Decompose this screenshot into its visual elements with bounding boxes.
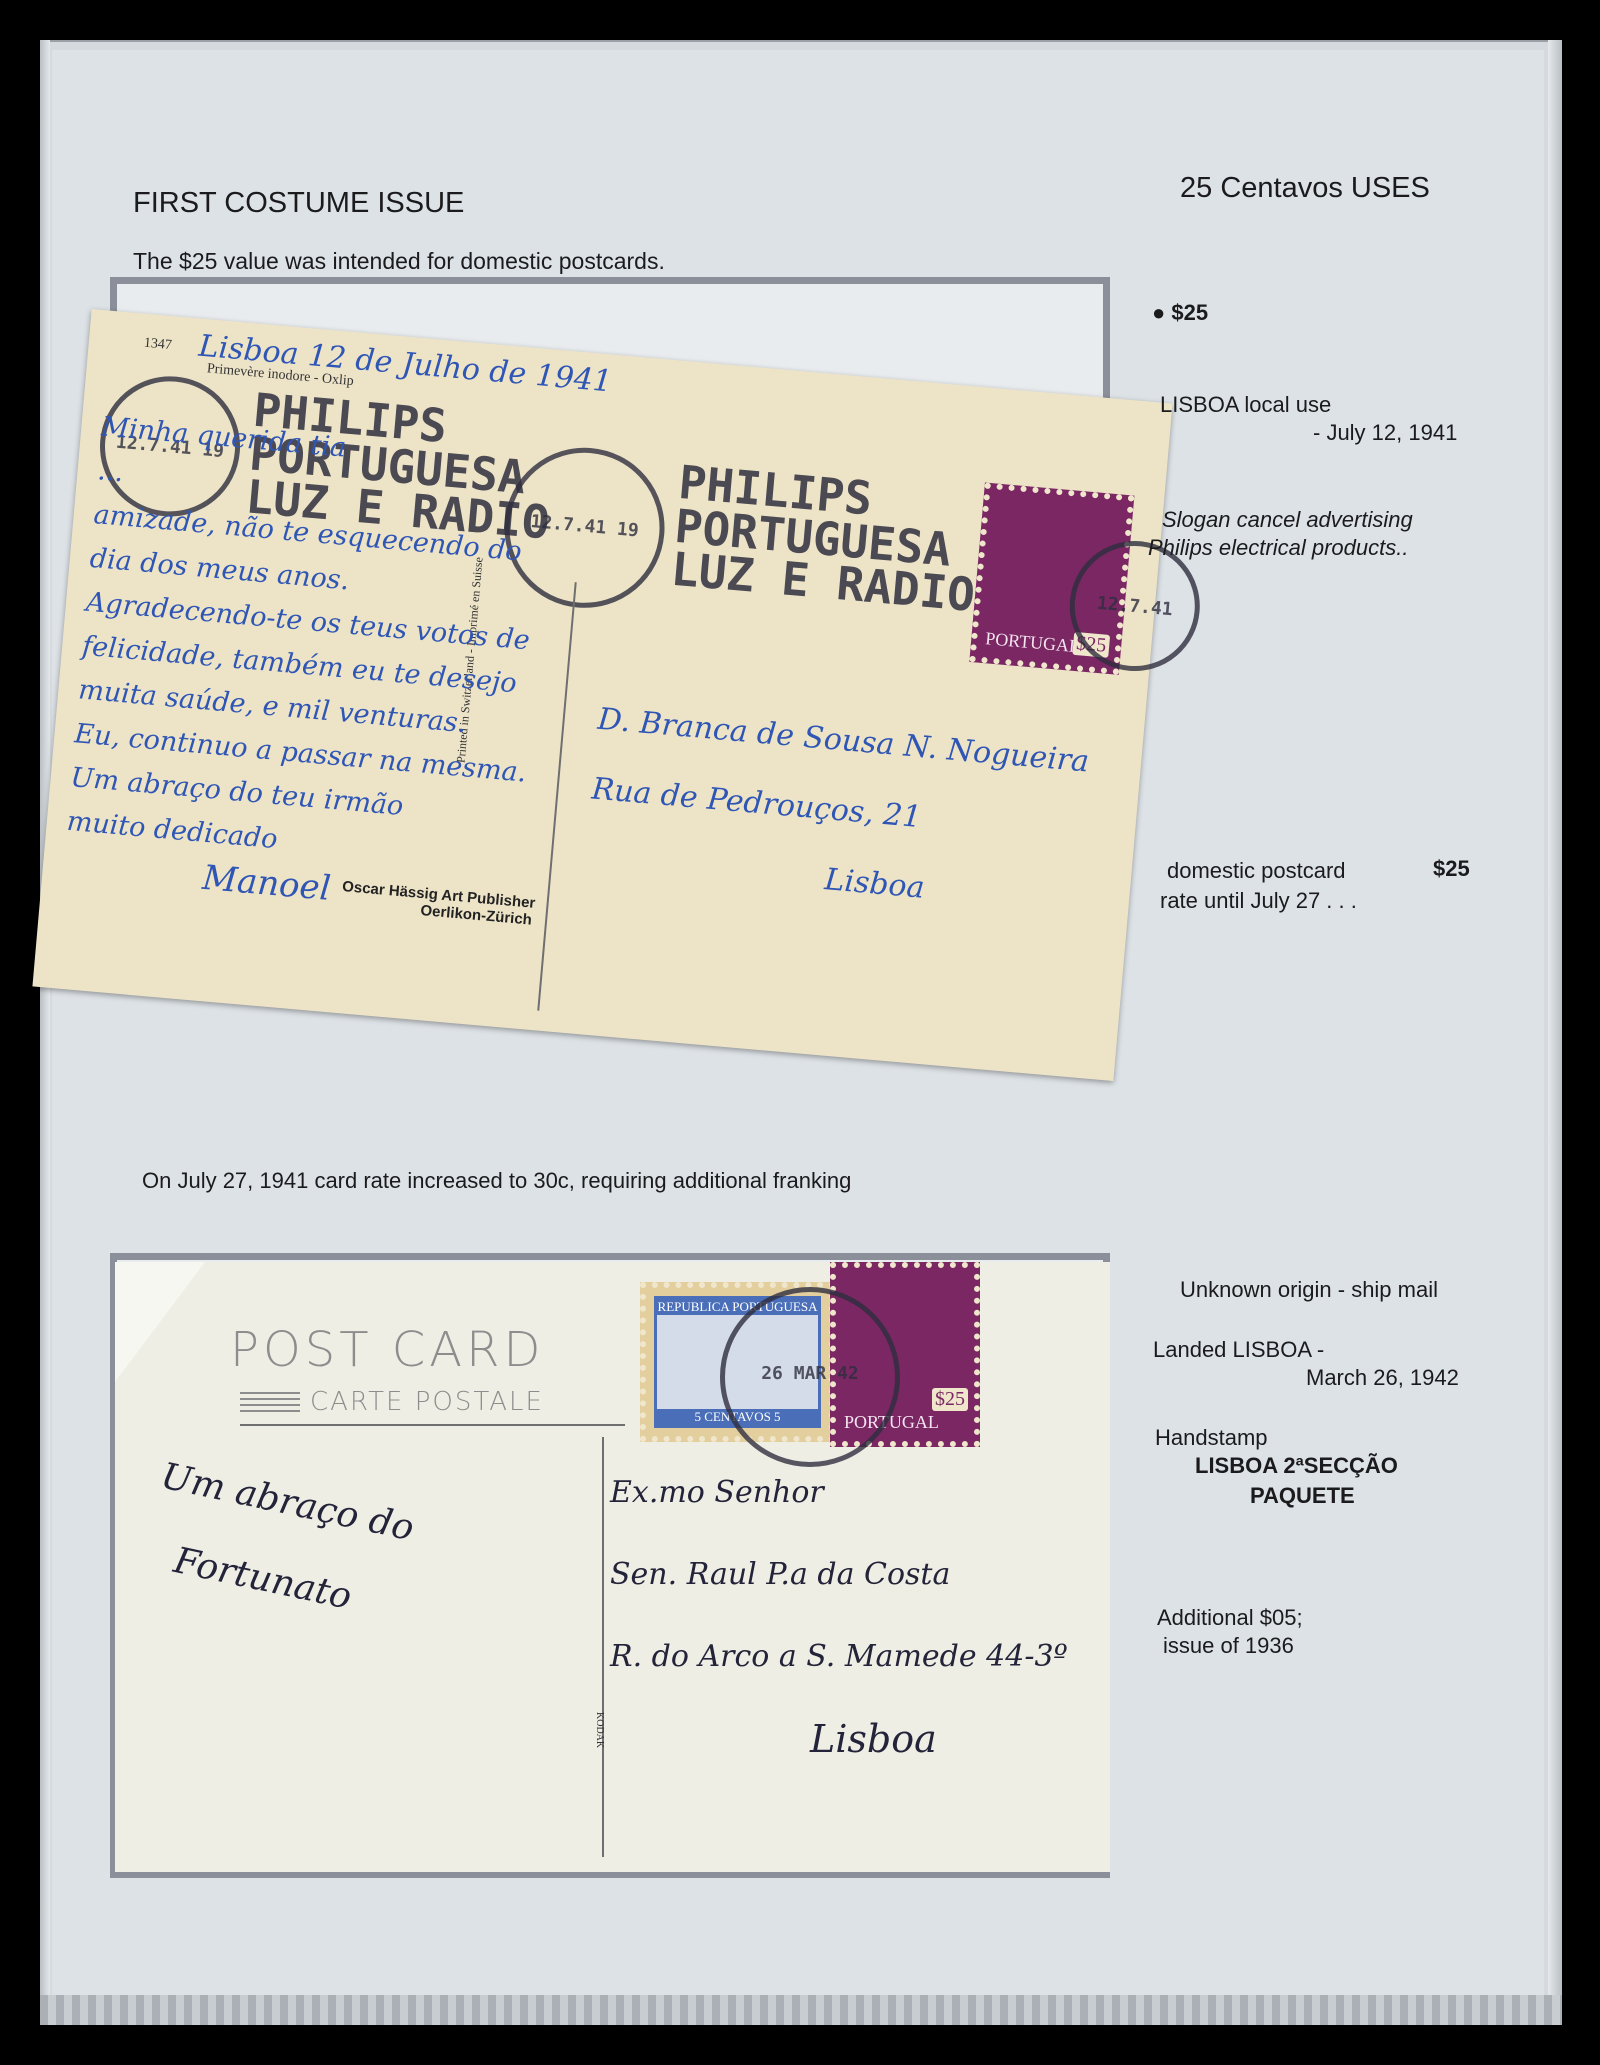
mid-caption: On July 27, 1941 card rate increased to … bbox=[142, 1168, 851, 1194]
note-landed-2: March 26, 1942 bbox=[1306, 1365, 1459, 1391]
note-additional-2: issue of 1936 bbox=[1163, 1633, 1294, 1659]
kodak-mark: KODAK bbox=[594, 1712, 605, 1748]
note-additional-1: Additional $05; bbox=[1157, 1605, 1303, 1631]
post-card-heading: POST CARD bbox=[230, 1322, 544, 1378]
intro-text: The $25 value was intended for domestic … bbox=[133, 248, 665, 275]
heading-underline bbox=[240, 1424, 625, 1426]
note-rate-1: domestic postcard bbox=[1167, 858, 1346, 884]
postmark-paquete: 26 MAR 42 bbox=[720, 1287, 900, 1467]
postcard-ship-mail: POST CARD CARTE POSTALE KODAK REPUBLICA … bbox=[115, 1262, 1110, 1872]
heading-lines bbox=[240, 1392, 300, 1412]
postcard-philips: 1347 Primevère inodore - Oxlip Lisboa 12… bbox=[32, 309, 1172, 1081]
handwritten-address: D. Branca de Sousa N. Nogueira Rua de Pe… bbox=[583, 685, 1092, 937]
note-slogan-1: Slogan cancel advertising bbox=[1162, 507, 1413, 533]
note-origin: Unknown origin - ship mail bbox=[1180, 1277, 1438, 1303]
note-handstamp-1: LISBOA 2ªSECÇÃO bbox=[1195, 1453, 1398, 1479]
note-slogan-2: Philips electrical products.. bbox=[1148, 535, 1408, 561]
carte-postale-heading: CARTE POSTALE bbox=[310, 1387, 544, 1417]
note-handstamp-label: Handstamp bbox=[1155, 1425, 1268, 1451]
note-use-date: - July 12, 1941 bbox=[1313, 420, 1457, 446]
handwritten-message: Minha querida tia ... amizade, não te es… bbox=[61, 405, 555, 927]
card-corner-fold bbox=[115, 1262, 205, 1382]
card-divider bbox=[537, 582, 576, 1011]
page-subtitle: 25 Centavos USES bbox=[1180, 172, 1430, 205]
note-handstamp-2: PAQUETE bbox=[1250, 1483, 1355, 1509]
sleeve-edge-left bbox=[40, 40, 50, 2025]
sleeve-edge-right bbox=[1548, 40, 1562, 2025]
handwritten-address: Ex.mo Senhor Sen. Raul P.a da Costa R. d… bbox=[610, 1452, 1068, 1780]
page-title: FIRST COSTUME ISSUE bbox=[133, 187, 464, 220]
note-rate-value: $25 bbox=[1433, 856, 1470, 882]
note-landed-1: Landed LISBOA - bbox=[1153, 1337, 1324, 1363]
handwritten-message: Um abraço do Fortunato bbox=[137, 1437, 422, 1647]
note-rate-2: rate until July 27 . . . bbox=[1160, 888, 1357, 914]
note-local-use: LISBOA local use bbox=[1160, 392, 1331, 418]
bullet-value: ● $25 bbox=[1152, 300, 1208, 326]
card-printed-number: 1347 bbox=[143, 336, 172, 354]
sleeve-edge-bottom bbox=[40, 1995, 1562, 2025]
slogan-cancel-right: PHILIPSPORTUGUESALUZ E RADIO bbox=[669, 461, 984, 618]
card-divider bbox=[602, 1437, 604, 1857]
